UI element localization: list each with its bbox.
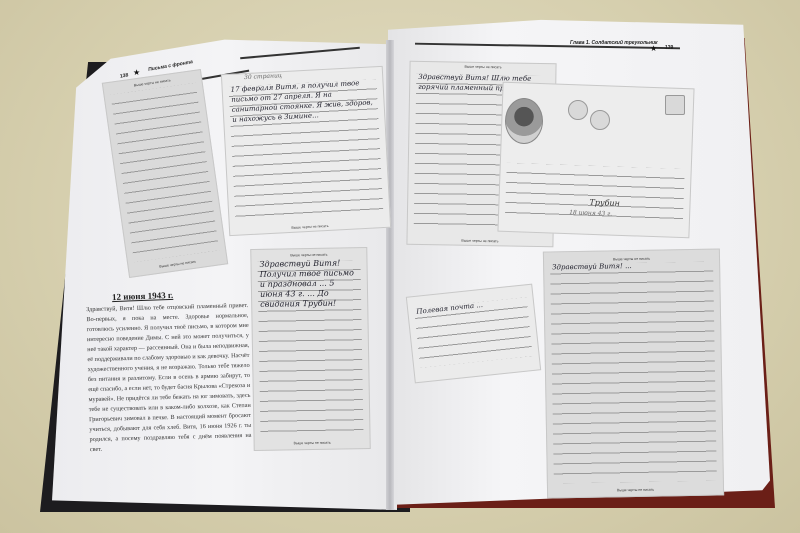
body-paragraph: Здравствуй, Витя! Шлю тебе отцовский пла… [86,301,252,455]
postcard-date: 18 июня 43 г. [569,209,612,217]
letter-facsimile: 30 страниц 17 февраля Витя, я получил тв… [221,66,391,236]
postmark-stamp [568,100,588,120]
postcard-signature: Трубин [589,198,620,208]
letter-footer-caption: Выше черты не писать [407,238,552,245]
handwritten-text: Здравствуй Витя! ... [552,260,715,484]
letter-facsimile: Выше черты не писать Здравствуй Витя! ..… [543,248,724,498]
date-heading: 12 июня 1943 г. [112,290,174,302]
letter-header-caption: Выше черты не писать [410,64,555,71]
postage-stamp [665,95,685,115]
handwritten-text: 17 февраля Витя, я получил твое письмо о… [230,77,381,220]
star-icon: ★ [650,44,657,53]
book-gutter [386,40,394,510]
star-icon: ★ [133,68,140,77]
postmark-stamp [590,110,610,130]
handwritten-text: Здравствуй Витя! Получил твое письмо и п… [259,258,361,436]
soldier-portrait [505,98,543,144]
right-page-number: 139 [665,45,673,51]
pencil-note: 30 страниц [244,72,282,81]
envelope-triangle-facsimile: Полевая почта ... [406,284,541,384]
letter-facsimile: Выше черты не писать Здравствуй Витя! По… [250,247,371,451]
letter-footer-caption: Выше черты не писать [548,486,723,493]
right-running-head: Глава 1. Солдатский треугольник [570,40,658,46]
letter-header-caption: Выше черты не писать [251,252,366,258]
handwritten-text: Полевая почта ... [416,295,531,367]
letter-footer-caption: Выше черты не писать [255,440,370,446]
